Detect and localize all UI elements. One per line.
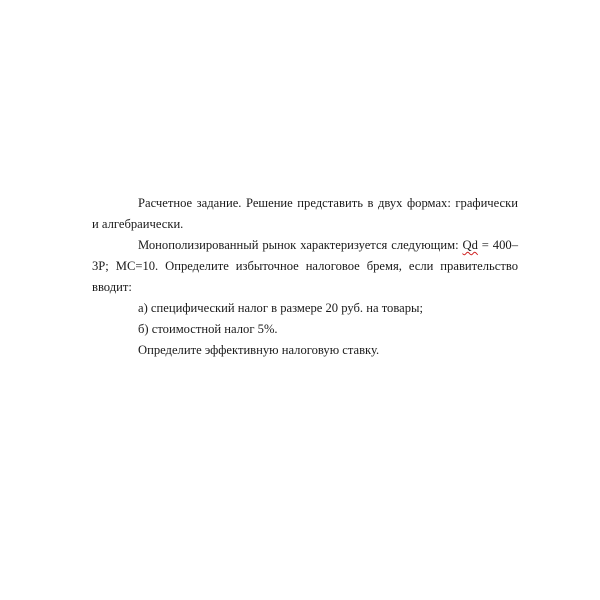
spellcheck-underlined-word[interactable]: Qd xyxy=(462,238,477,252)
list-item-b: б) стоимостной налог 5%. xyxy=(92,319,518,340)
document-body: Расчетное задание. Решение представить в… xyxy=(92,193,518,361)
paragraph-problem: Монополизированный рынок характеризуется… xyxy=(92,235,518,298)
problem-text-start: Монополизированный рынок характеризуется… xyxy=(138,238,462,252)
paragraph-intro: Расчетное задание. Решение представить в… xyxy=(92,193,518,235)
list-item-a: а) специфический налог в размере 20 руб.… xyxy=(92,298,518,319)
paragraph-final: Определите эффективную налоговую ставку. xyxy=(92,340,518,361)
